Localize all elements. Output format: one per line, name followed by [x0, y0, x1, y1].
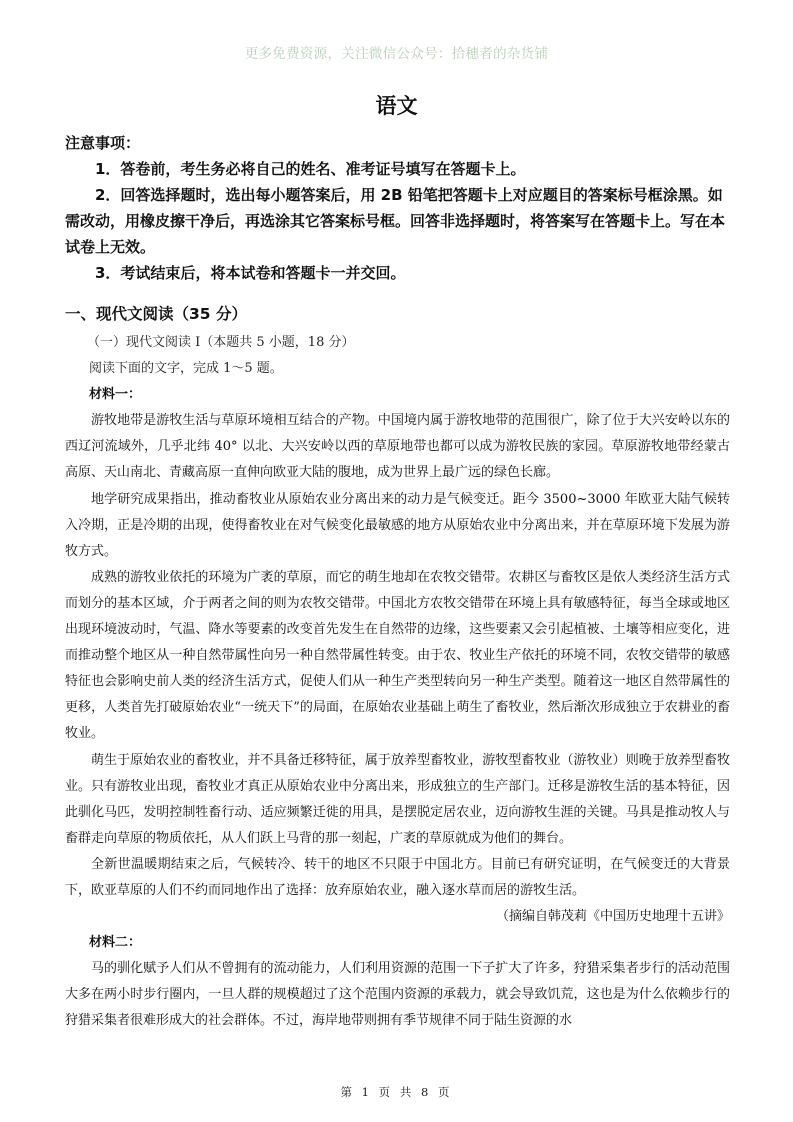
paragraph: 全新世温暖期结束之后，气候转冷、转干的地区不只限于中国北方。目前已有研究证明，在…	[65, 852, 730, 904]
paragraph: 地学研究成果指出，推动畜牧业从原始农业分离出来的动力是气候变迁。距今 3500~…	[65, 487, 730, 565]
source-citation: （摘编自韩茂莉《中国历史地理十五讲》	[65, 904, 730, 930]
watermark-text: 更多免费资源，关注微信公众号：拾穗者的杂货铺	[0, 42, 793, 62]
notice-item: 3．考试结束后，将本试卷和答题卡一并交回。	[65, 260, 730, 286]
paragraph: 成熟的游牧业依托的环境为广袤的草原，而它的萌生地却在农牧交错带。农耕区与畜牧区是…	[65, 565, 730, 748]
notice-heading: 注意事项：	[65, 130, 730, 156]
material-label: 材料二：	[65, 930, 730, 956]
subsection-title: （一）现代文阅读 I（本题共 5 小题，18 分）	[65, 330, 730, 356]
notice-item: 1．答卷前，考生务必将自己的姓名、准考证号填写在答题卡上。	[65, 156, 730, 182]
paragraph: 马的驯化赋予人们从不曾拥有的流动能力，人们利用资源的范围一下子扩大了许多，狩猎采…	[65, 956, 730, 1034]
paragraph: 萌生于原始农业的畜牧业，并不具备迁移特征，属于放养型畜牧业，游牧型畜牧业（游牧业…	[65, 748, 730, 852]
material-label: 材料一：	[65, 382, 730, 408]
instruction-text: 阅读下面的文字，完成 1～5 题。	[65, 356, 730, 382]
page-number: 第 1 页 共 8 页	[0, 1084, 793, 1100]
notice-item: 2．回答选择题时，选出每小题答案后，用 2B 铅笔把答题卡上对应题目的答案标号框…	[65, 182, 730, 260]
notice-block: 注意事项： 1．答卷前，考生务必将自己的姓名、准考证号填写在答题卡上。 2．回答…	[65, 130, 730, 286]
reading-body: （一）现代文阅读 I（本题共 5 小题，18 分） 阅读下面的文字，完成 1～5…	[65, 330, 730, 1035]
section-title: 一、现代文阅读（35 分）	[65, 302, 730, 324]
paragraph: 游牧地带是游牧生活与草原环境相互结合的产物。中国境内属于游牧地带的范围很广，除了…	[65, 408, 730, 486]
page-title: 语文	[0, 90, 793, 120]
